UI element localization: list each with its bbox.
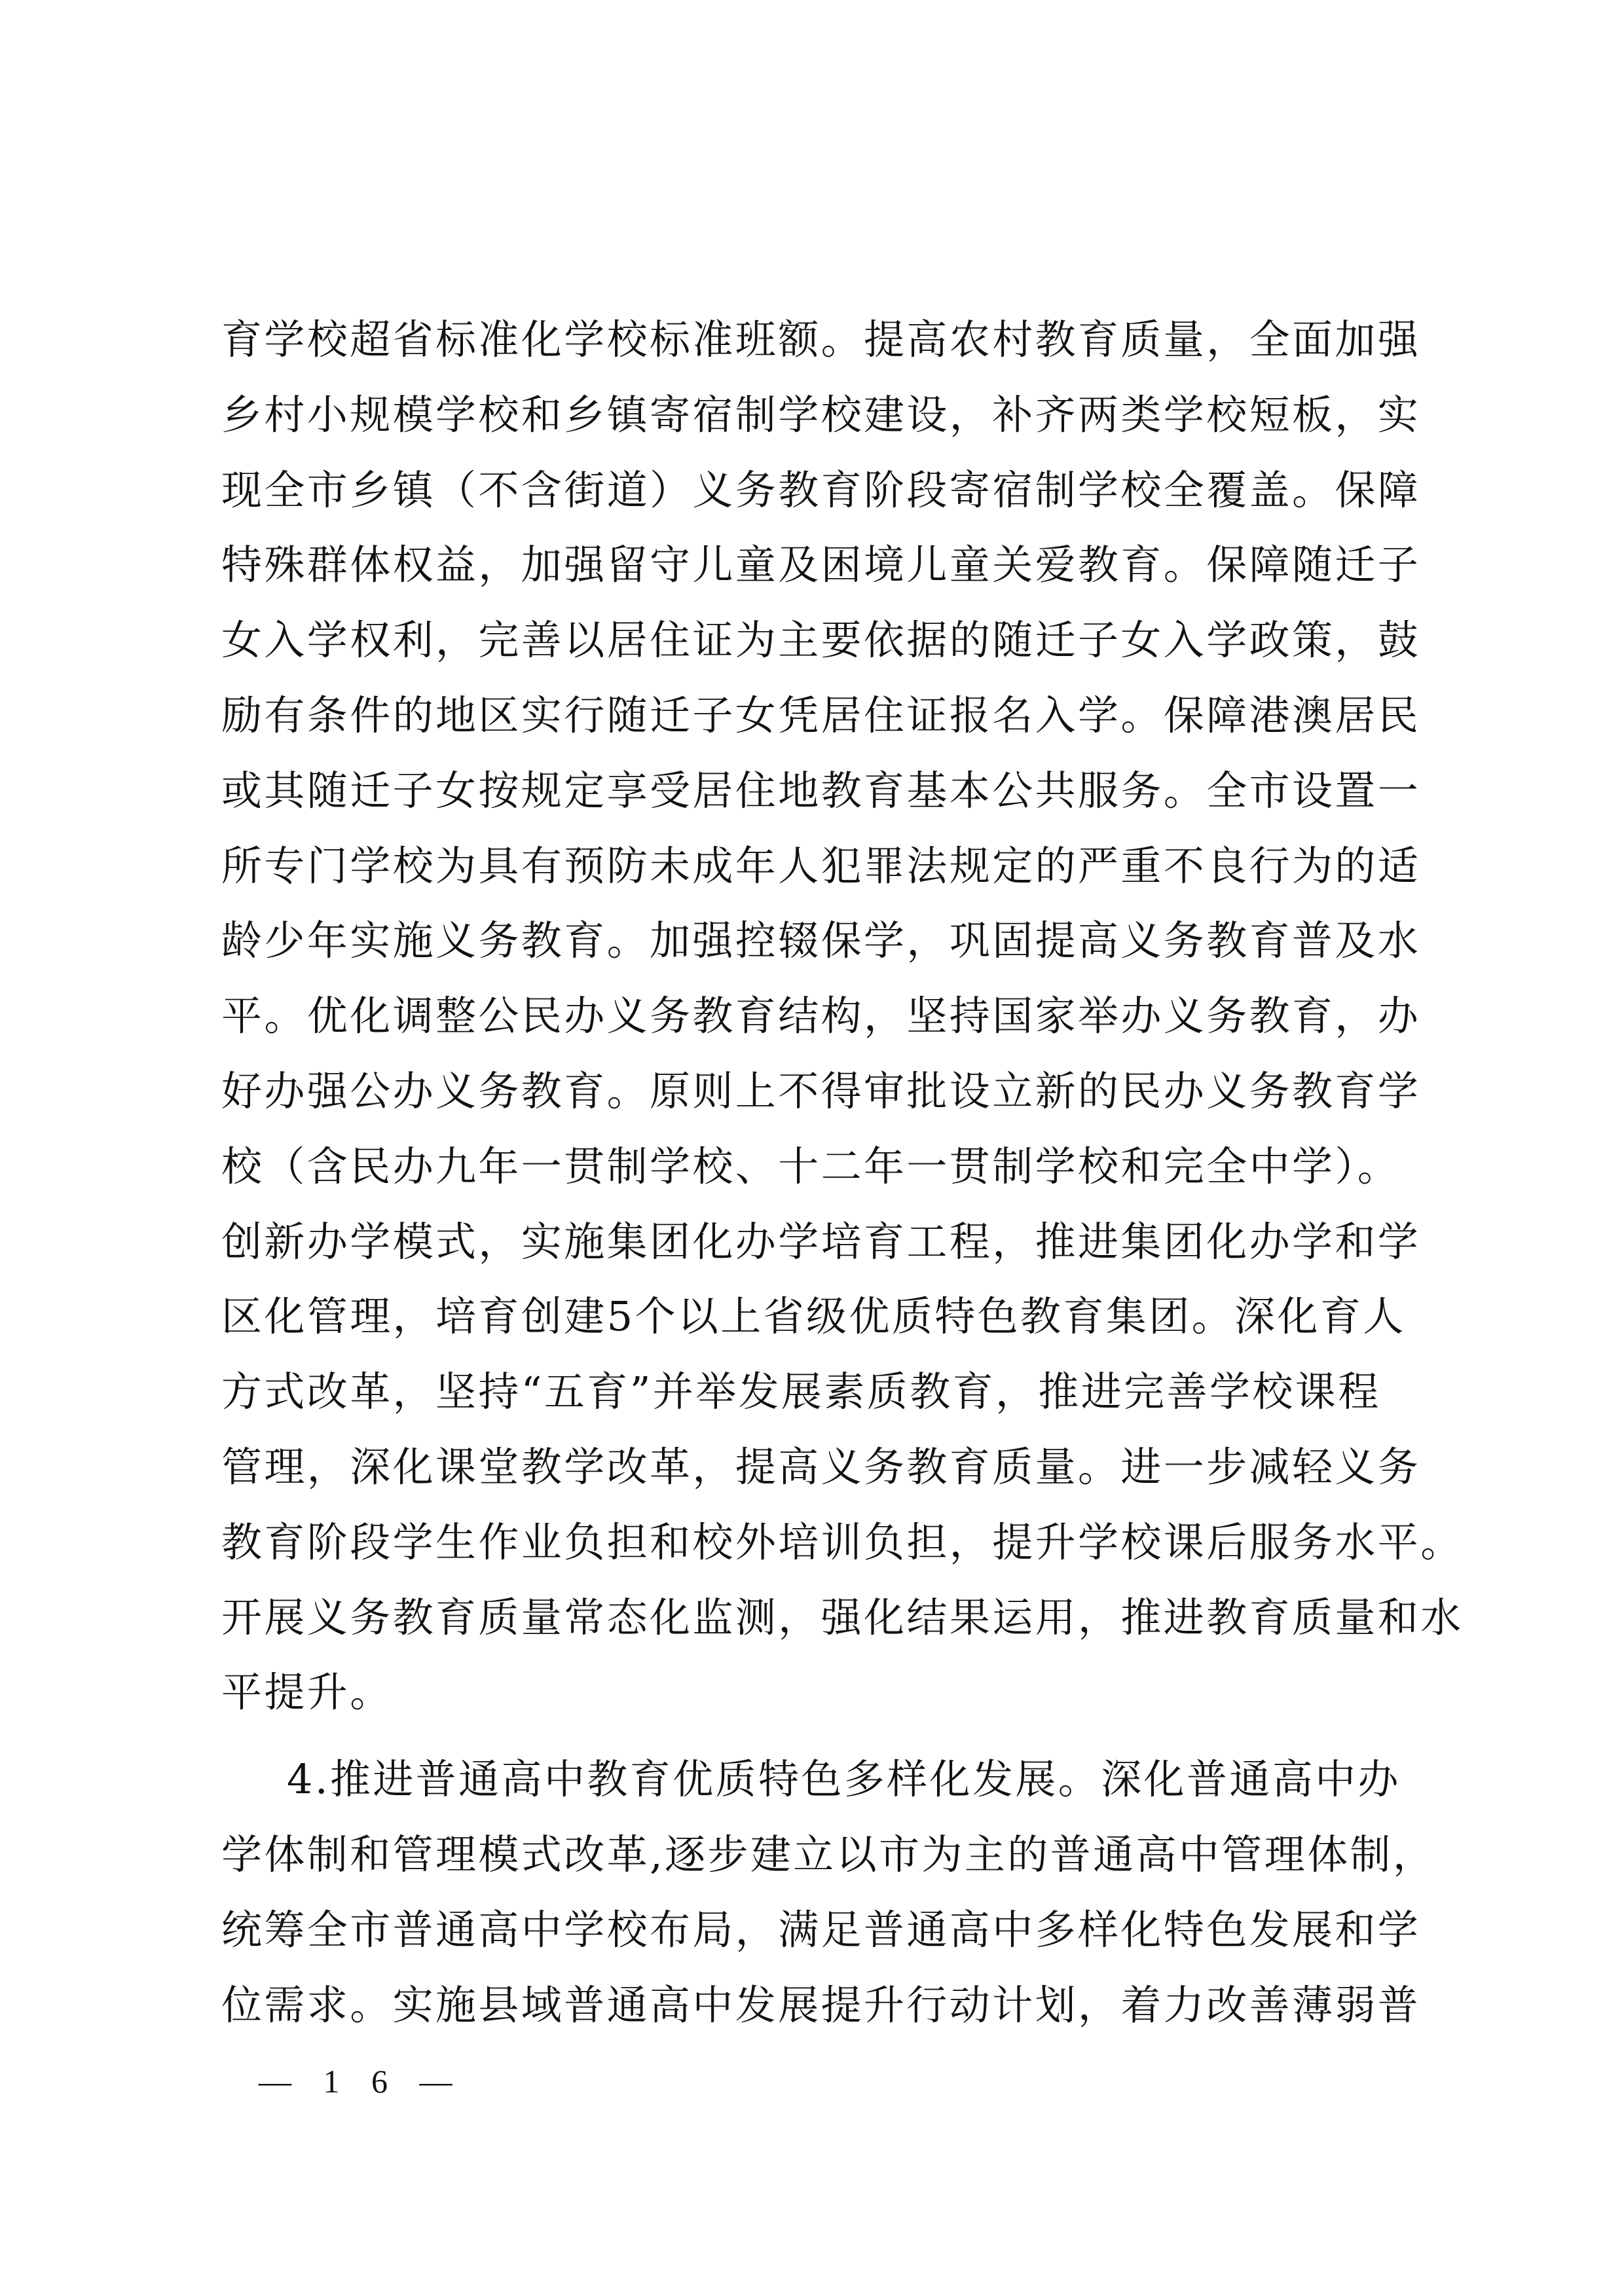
text-line: 开展义务教育质量常态化监测，强化结果运用，推进教育质量和水 [221, 1580, 1430, 1656]
document-page: 育学校超省标准化学校标准班额。提高农村教育质量，全面加强 乡村小规模学校和乡镇寄… [0, 0, 1624, 2296]
text-line: 好办强公办义务教育。原则上不得审批设立新的民办义务教育学 [221, 1054, 1430, 1129]
body-text: 育学校超省标准化学校标准班额。提高农村教育质量，全面加强 乡村小规模学校和乡镇寄… [221, 302, 1430, 2043]
text-line: 学体制和管理模式改革,逐步建立以市为主的普通高中管理体制， [221, 1817, 1430, 1893]
text-line: 位需求。实施县域普通高中发展提升行动计划，着力改善薄弱普 [221, 1968, 1430, 2043]
text-line: 平提升。 [221, 1655, 1430, 1730]
text-line: 或其随迁子女按规定享受居住地教育基本公共服务。全市设置一 [221, 754, 1430, 829]
text-line: 乡村小规模学校和乡镇寄宿制学校建设，补齐两类学校短板，实 [221, 378, 1430, 453]
section-heading-line: 4.推进普通高中教育优质特色多样化发展。深化普通高中办 [221, 1742, 1430, 1817]
text-line: 区化管理，培育创建5个以上省级优质特色教育集团。深化育人 [221, 1279, 1430, 1355]
text-line: 女入学权利，完善以居住证为主要依据的随迁子女入学政策，鼓 [221, 603, 1430, 678]
paragraph-1: 育学校超省标准化学校标准班额。提高农村教育质量，全面加强 乡村小规模学校和乡镇寄… [221, 302, 1430, 1730]
paragraph-gap [221, 1730, 1430, 1742]
text-line: 特殊群体权益，加强留守儿童及困境儿童关爱教育。保障随迁子 [221, 528, 1430, 603]
text-line: 龄少年实施义务教育。加强控辍保学，巩固提高义务教育普及水 [221, 903, 1430, 979]
text-line: 统筹全市普通高中学校布局，满足普通高中多样化特色发展和学 [221, 1893, 1430, 1968]
text-line: 教育阶段学生作业负担和校外培训负担，提升学校课后服务水平。 [221, 1505, 1430, 1580]
text-line: 现全市乡镇（不含街道）义务教育阶段寄宿制学校全覆盖。保障 [221, 453, 1430, 528]
text-line: 创新办学模式，实施集团化办学培育工程，推进集团化办学和学 [221, 1205, 1430, 1280]
paragraph-2: 4.推进普通高中教育优质特色多样化发展。深化普通高中办 学体制和管理模式改革,逐… [221, 1742, 1430, 2043]
page-number: — 1 6 — [259, 2062, 464, 2100]
text-line: 平。优化调整公民办义务教育结构，坚持国家举办义务教育，办 [221, 979, 1430, 1054]
text-line: 育学校超省标准化学校标准班额。提高农村教育质量，全面加强 [221, 302, 1430, 378]
text-line: 管理，深化课堂教学改革，提高义务教育质量。进一步减轻义务 [221, 1430, 1430, 1505]
text-line: 方式改革，坚持“五育”并举发展素质教育，推进完善学校课程 [221, 1355, 1430, 1430]
text-line: 校（含民办九年一贯制学校、十二年一贯制学校和完全中学）。 [221, 1129, 1430, 1205]
text-line: 所专门学校为具有预防未成年人犯罪法规定的严重不良行为的适 [221, 829, 1430, 904]
text-line: 励有条件的地区实行随迁子女凭居住证报名入学。保障港澳居民 [221, 678, 1430, 754]
